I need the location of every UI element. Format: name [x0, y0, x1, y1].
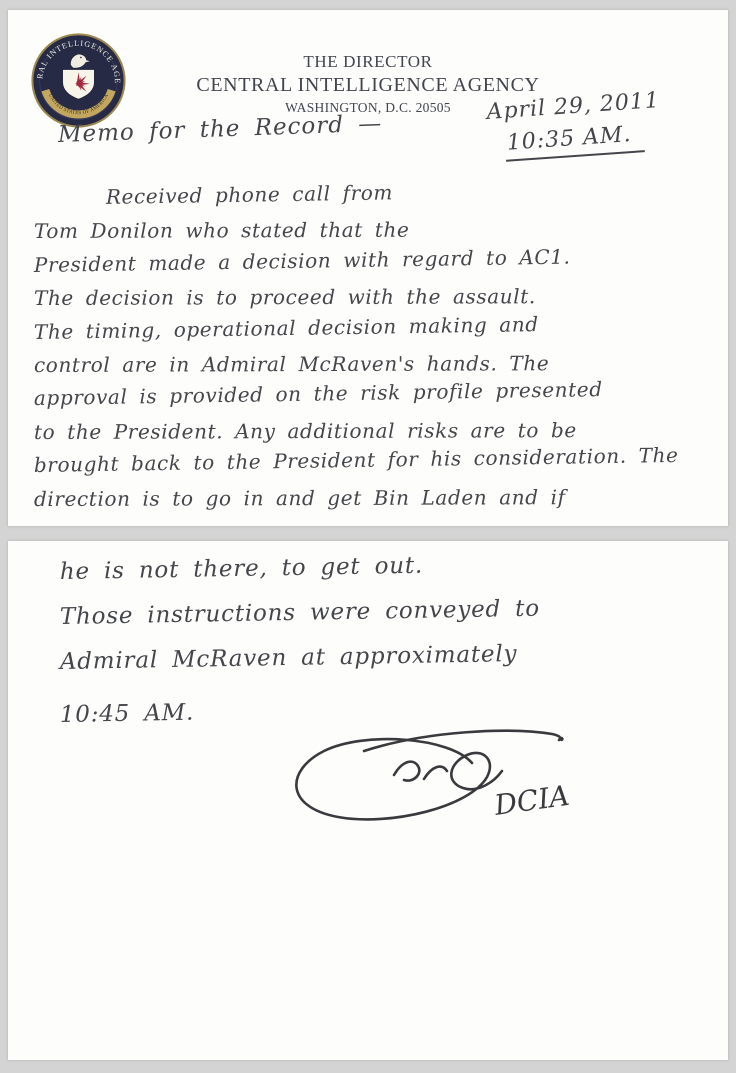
- memo-line: direction is to go in and get Bin Laden …: [34, 484, 714, 520]
- signature-dcia-label: DCIA: [491, 779, 571, 822]
- scanned-memo: CENTRAL INTELLIGENCE AGENCY UNITED STATE…: [0, 0, 736, 1073]
- letterhead-title: THE DIRECTOR: [8, 52, 728, 72]
- memo-page-1: CENTRAL INTELLIGENCE AGENCY UNITED STATE…: [8, 10, 728, 526]
- memo-line: Received phone call from: [34, 175, 714, 219]
- memo-page-2: he is not there, to get out. Those instr…: [8, 541, 728, 1060]
- signature: DCIA: [246, 719, 576, 839]
- memo-time: 10:35 AM.: [504, 121, 645, 162]
- memo-body-page1: Received phone call from Tom Donilon who…: [34, 186, 714, 520]
- date-block: April 29, 2011 10:35 AM.: [486, 88, 664, 163]
